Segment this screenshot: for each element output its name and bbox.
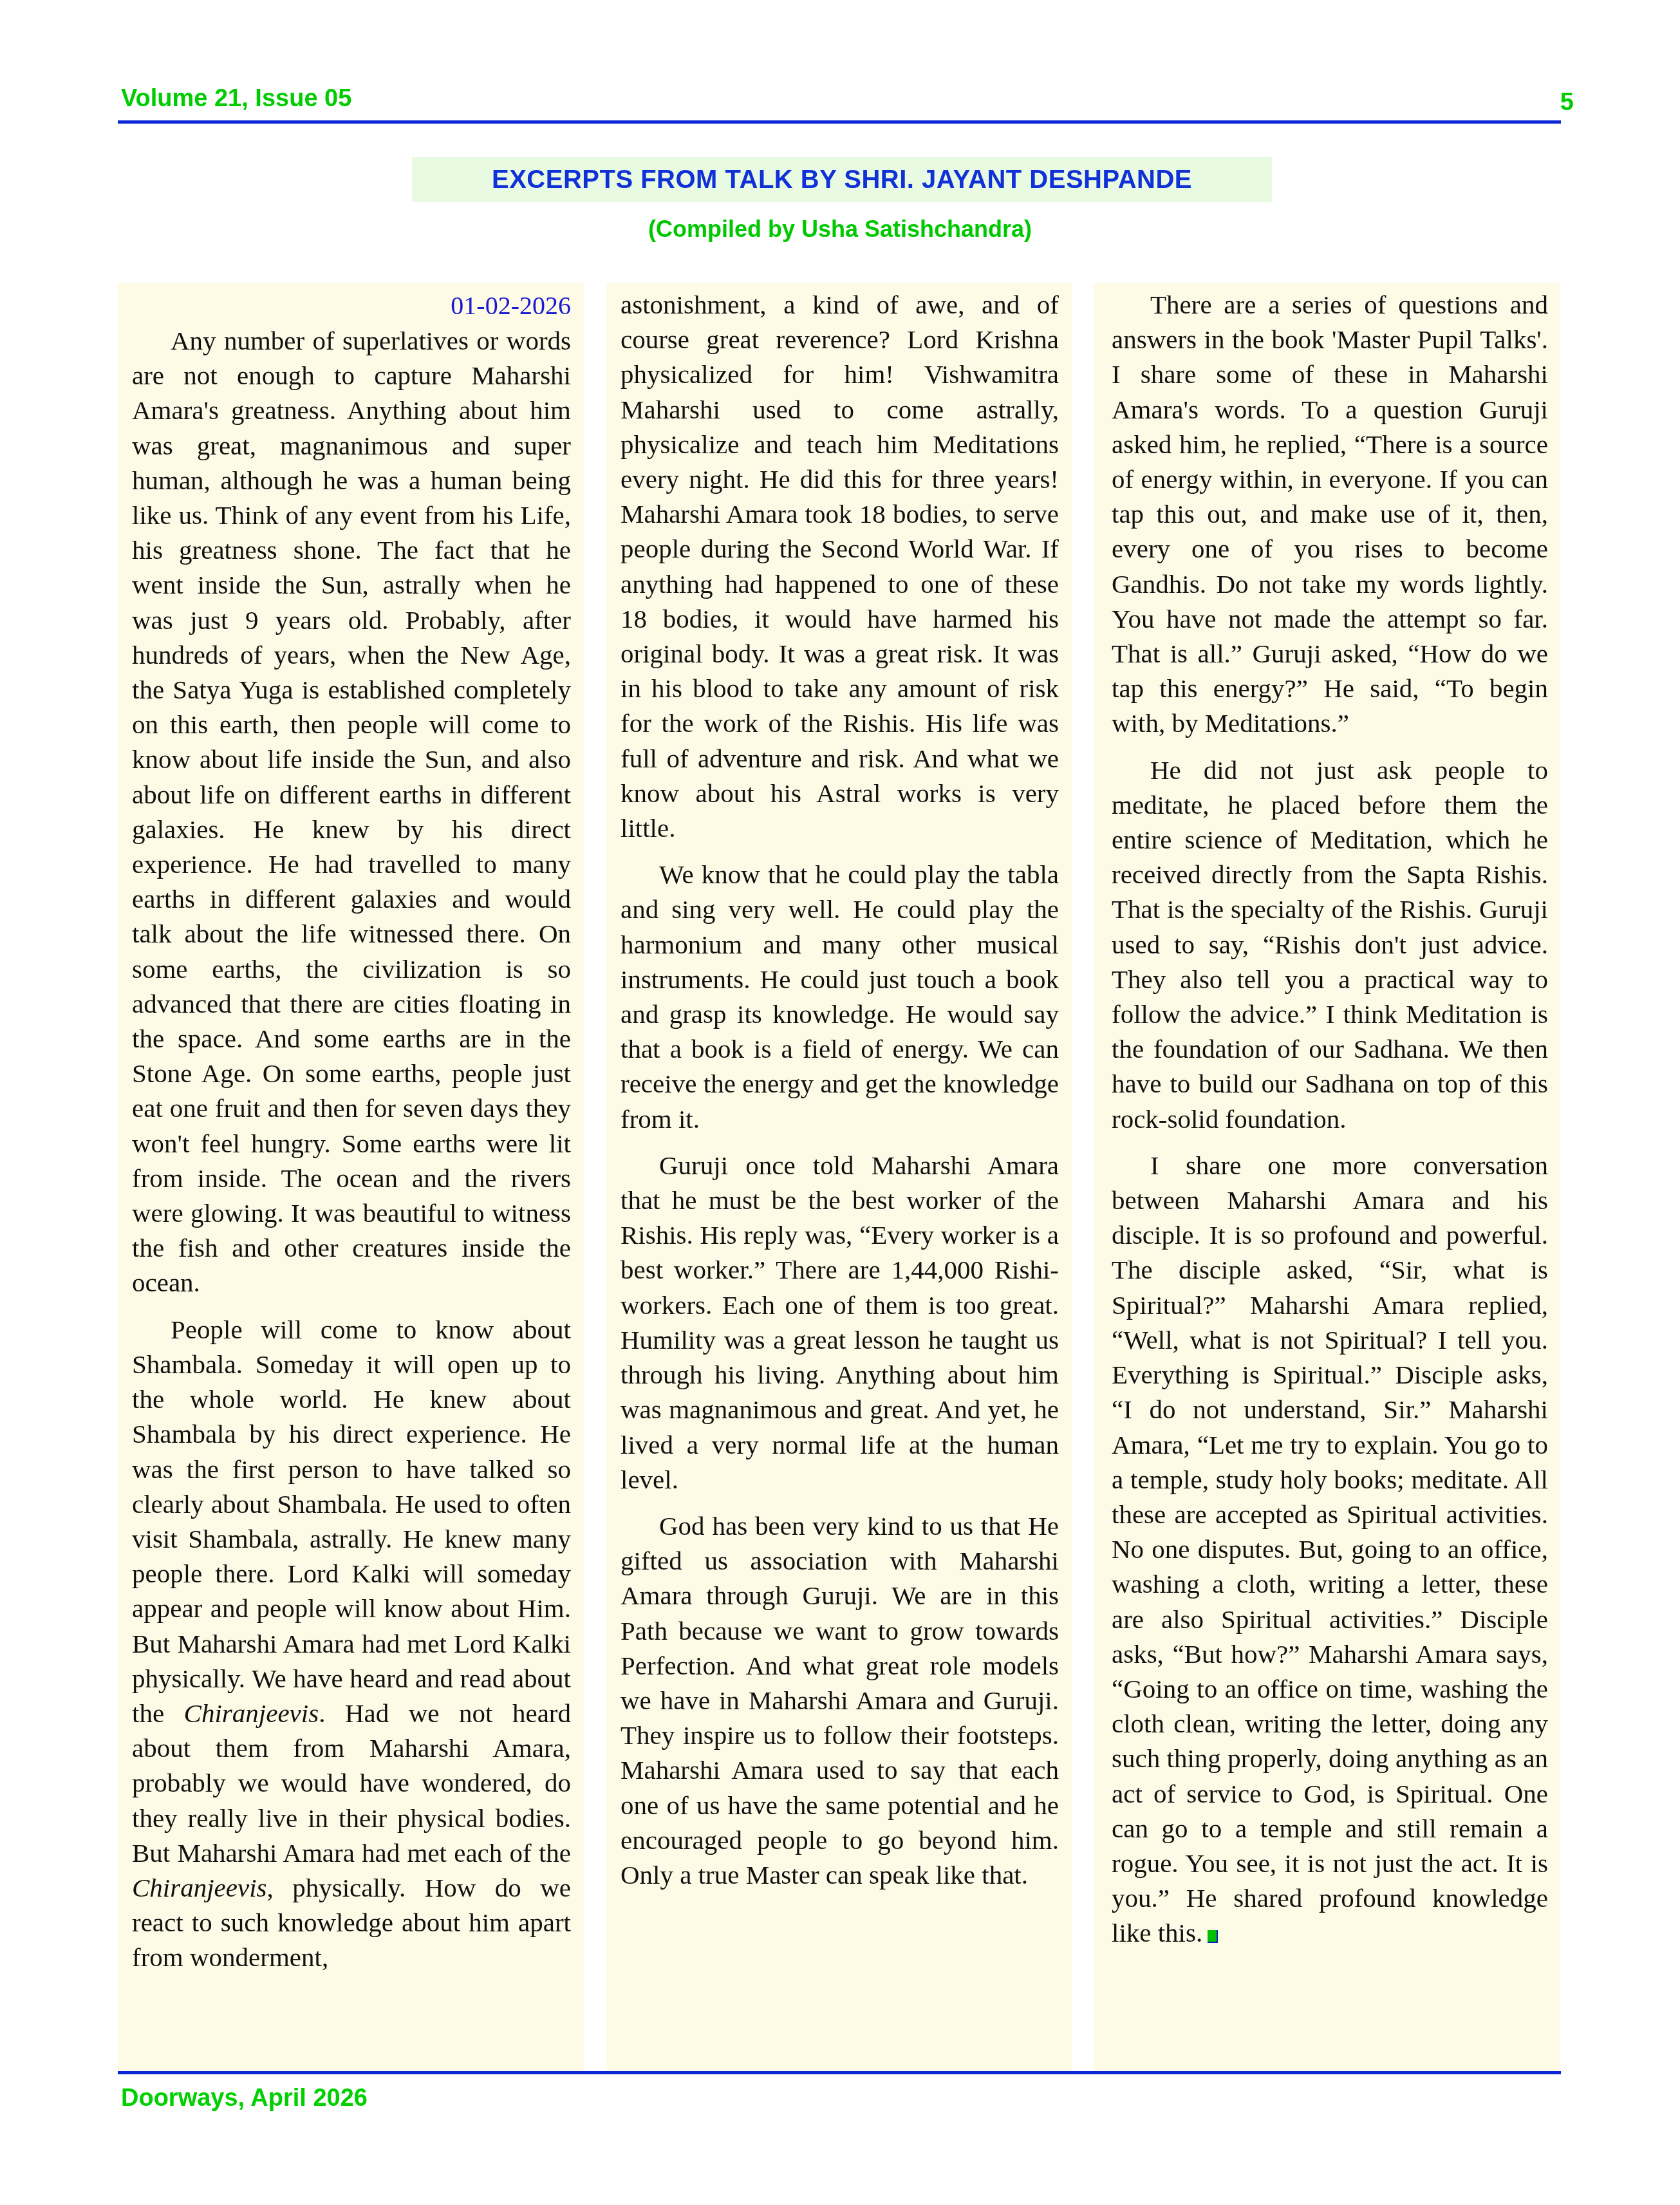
paragraph: He did not just ask people to meditate, … — [1112, 753, 1548, 1136]
talk-date: 01-02-2026 — [132, 283, 571, 323]
italic-term: Chiranjeevis — [132, 1873, 267, 1902]
paragraph: astonishment, a kind of awe, and of cour… — [621, 283, 1059, 845]
paragraph: God has been very kind to us that He gif… — [621, 1508, 1059, 1892]
paragraph: Guruji once told Maharshi Amara that he … — [621, 1148, 1059, 1497]
header-rule — [118, 120, 1561, 124]
page-number: 5 — [1560, 89, 1574, 117]
article-title: EXCERPTS FROM TALK BY SHRI. JAYANT DESHP… — [492, 165, 1192, 194]
column-2: astonishment, a kind of awe, and of cour… — [606, 283, 1072, 2071]
article-title-box: EXCERPTS FROM TALK BY SHRI. JAYANT DESHP… — [412, 157, 1272, 202]
italic-term: Chiranjeevis — [184, 1698, 319, 1728]
paragraph: I share one more conversation between Ma… — [1112, 1148, 1548, 1951]
paragraph-text: People will come to know about Shambala.… — [132, 1315, 571, 1728]
page-header-issue: Volume 21, Issue 05 — [121, 85, 351, 113]
paragraph-text: I share one more conversation between Ma… — [1112, 1150, 1548, 1947]
column-1: 01-02-2026 Any number of superlatives or… — [118, 283, 584, 2071]
end-mark-icon — [1208, 1930, 1218, 1943]
paragraph: People will come to know about Shambala.… — [132, 1312, 571, 1975]
footer-rule — [118, 2071, 1561, 2074]
paragraph: Any number of superlatives or words are … — [132, 323, 571, 1300]
column-3: There are a series of questions and answ… — [1094, 283, 1560, 2071]
article-compiled-by: (Compiled by Usha Satishchandra) — [0, 216, 1680, 243]
paragraph: There are a series of questions and answ… — [1112, 283, 1548, 741]
paragraph: We know that he could play the tabla and… — [621, 857, 1059, 1136]
footer-publication: Doorways, April 2026 — [121, 2085, 368, 2112]
